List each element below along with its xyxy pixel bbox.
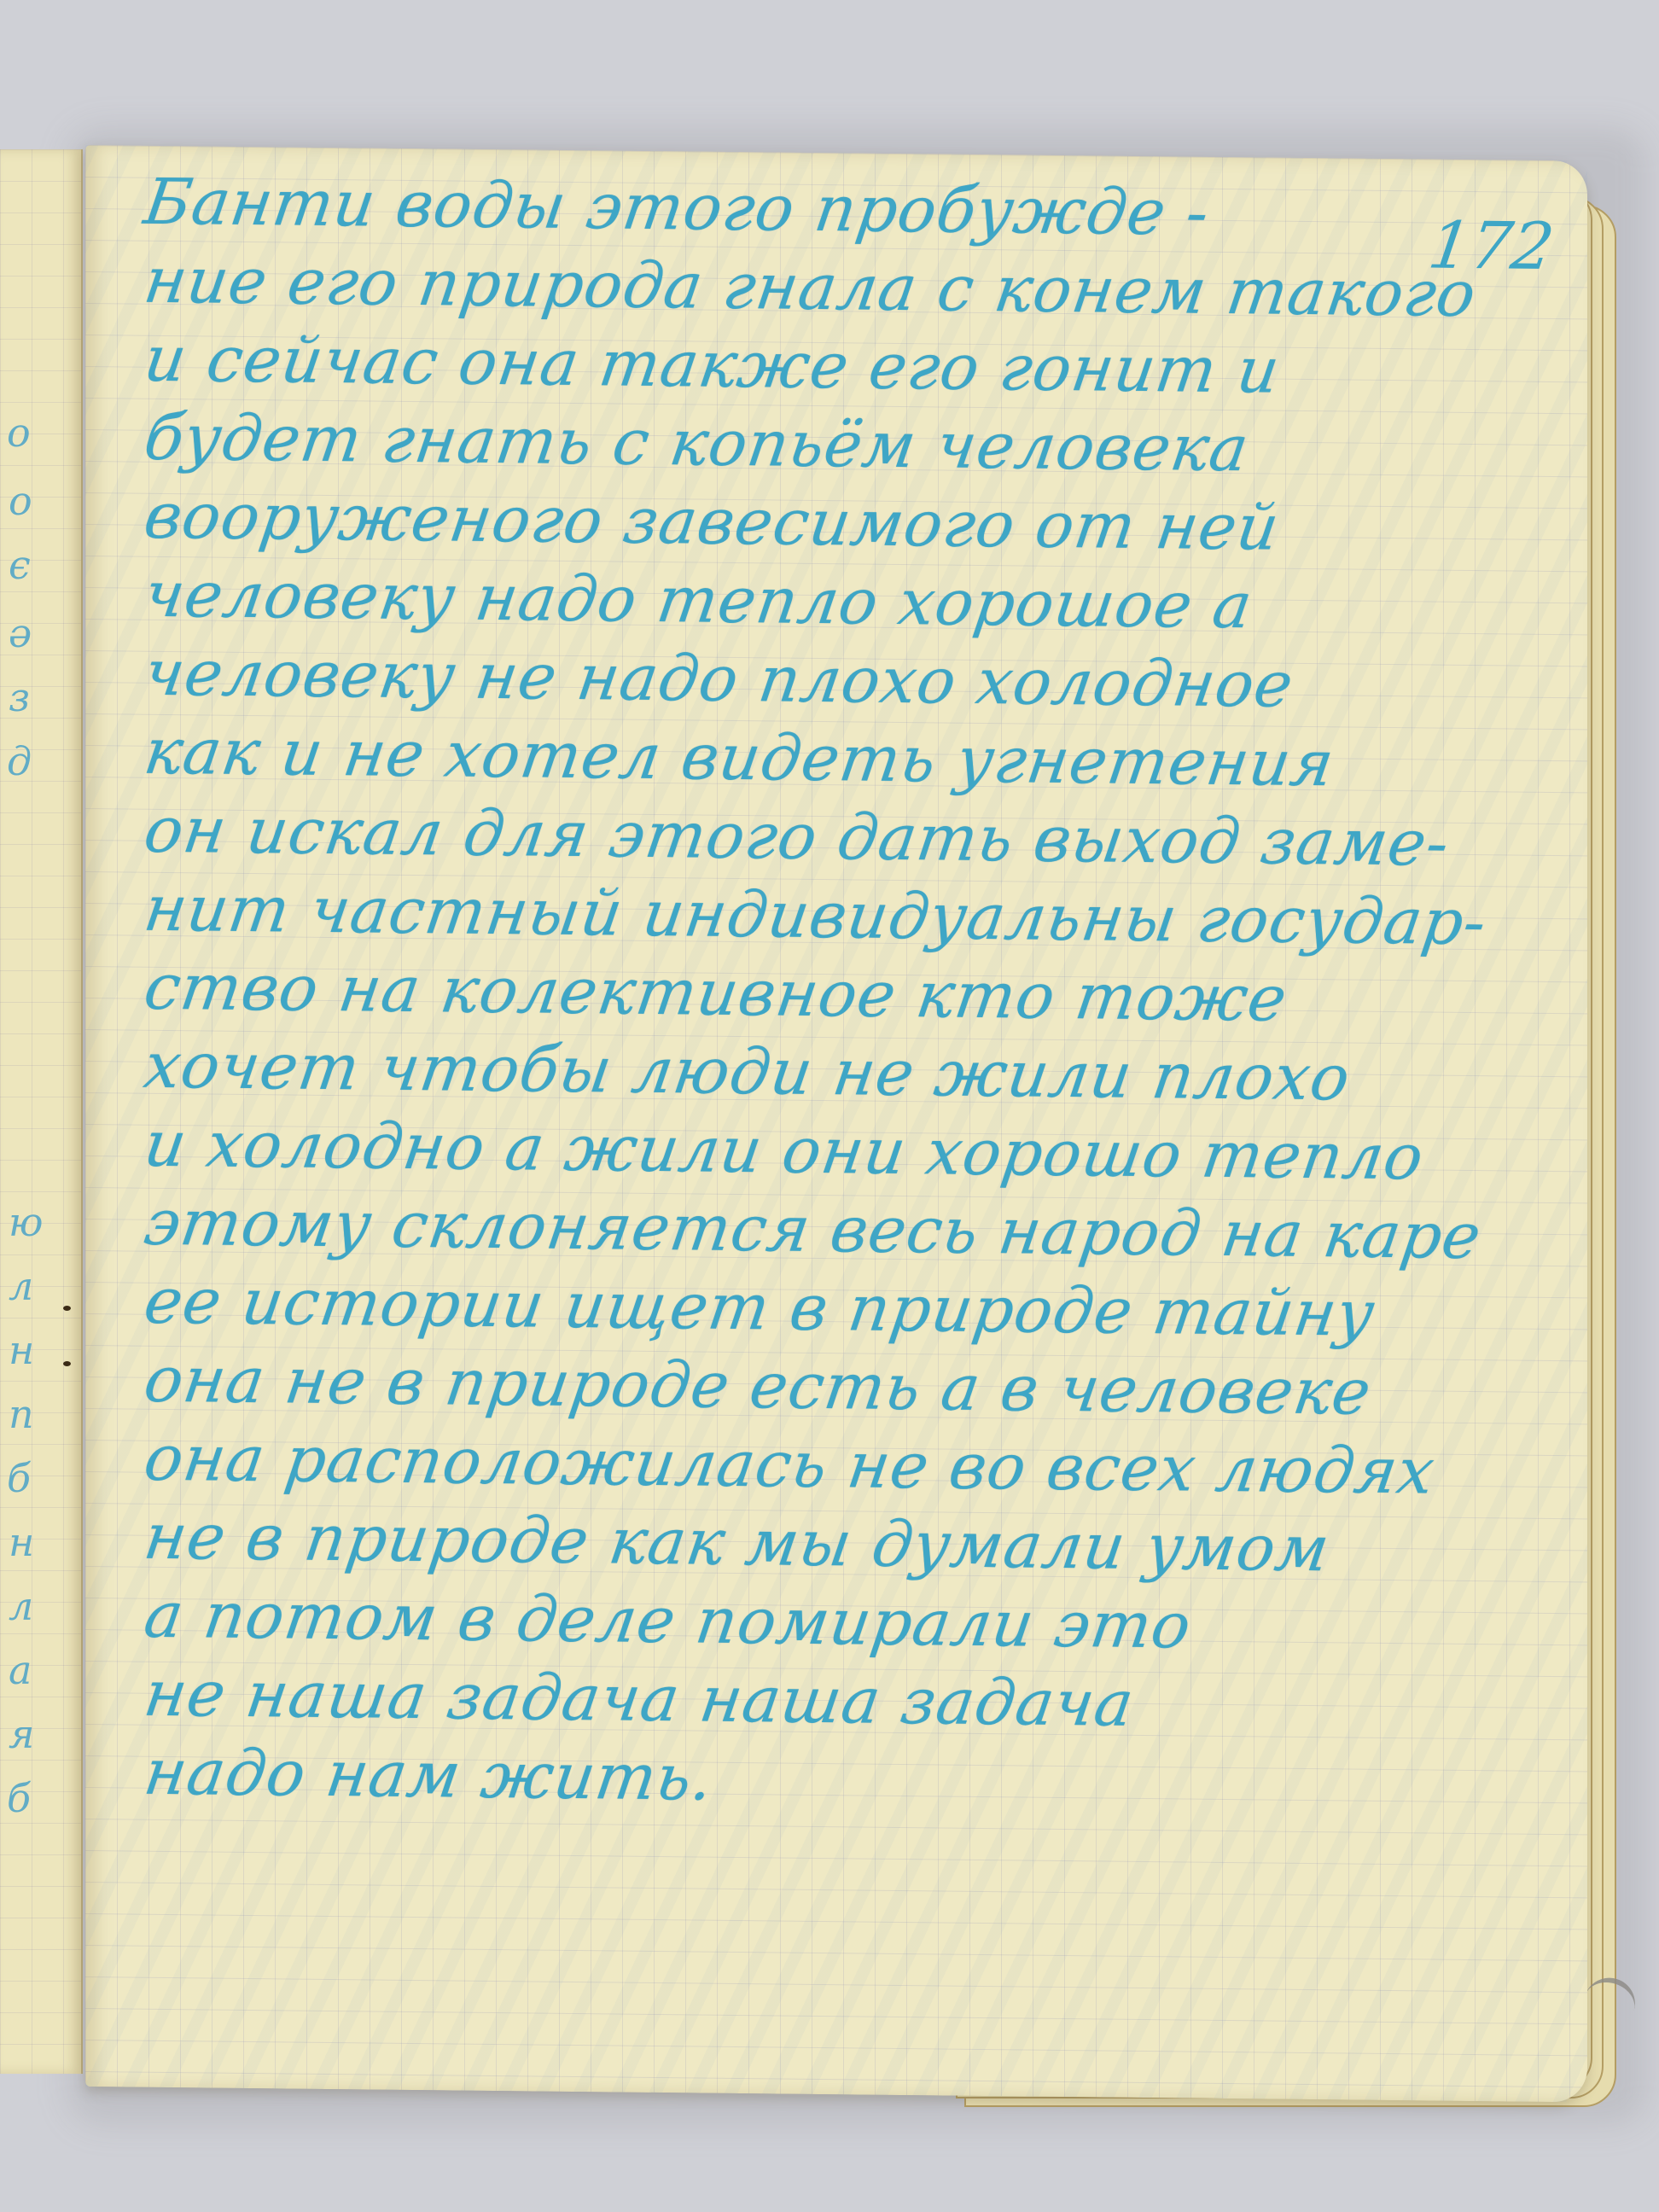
text-line: а потом в деле помирали это <box>140 1576 1551 1669</box>
left-page-letter: л <box>9 1263 33 1309</box>
text-line: она расположилась не во всех людях <box>140 1419 1551 1512</box>
notebook-page: 172 Банти воды этого пробужде - ние его … <box>85 145 1587 2102</box>
text-line: не в природе как мы думали умом <box>140 1498 1551 1591</box>
text-line: надо нам жить. <box>140 1733 1551 1826</box>
text-line: и сейчас она также его гонит и <box>140 320 1551 413</box>
handwritten-text: Банти воды этого пробужде - ние его прир… <box>145 163 1545 1826</box>
left-page-letter: а <box>9 1647 32 1693</box>
text-line: хочет чтобы люди не жили плохо <box>140 1027 1551 1120</box>
left-page-letter: п <box>9 1391 34 1437</box>
text-line: и холодно а жили они хорошо тепло <box>140 1105 1551 1198</box>
binding-staple-hole <box>63 1361 71 1366</box>
left-page-letter: я <box>9 1711 34 1757</box>
text-line: она не в природе есть а в человеке <box>140 1341 1551 1434</box>
left-page-letter: ю <box>9 1199 44 1245</box>
text-line: будет гнать с копьём человека <box>140 399 1551 492</box>
text-line: он искал для этого дать выход заме- <box>140 791 1551 884</box>
left-page-letter: б <box>7 1775 31 1821</box>
text-line: этому склоняется весь народ на каре <box>140 1184 1551 1277</box>
left-page-letter: з <box>9 674 30 720</box>
left-page-letter: о <box>7 410 31 456</box>
text-line: не наша задача наша задача <box>140 1655 1551 1748</box>
left-page-edge: о о є ə з д ю л н п б н л а я б <box>0 149 83 2074</box>
text-line: вооруженого завесимого от ней <box>140 477 1551 570</box>
binding-staple-hole <box>63 1306 71 1311</box>
left-page-letter: н <box>9 1327 34 1373</box>
text-line: ние его природа гнала с конем такого <box>140 242 1551 335</box>
left-page-letter: о <box>9 478 32 524</box>
text-line: как и не хотел видеть угнетения <box>140 713 1551 806</box>
text-line: ство на колективное кто тоже <box>140 948 1551 1041</box>
text-line: человеку не надо плохо холодное <box>140 634 1551 727</box>
left-page-letter: л <box>9 1583 33 1629</box>
left-page-letter: ə <box>9 610 32 656</box>
text-line: человеку надо тепло хорошое а <box>140 556 1551 649</box>
left-page-letter: є <box>9 542 31 588</box>
text-line: Банти воды этого пробужде - <box>140 163 1551 256</box>
left-page-letter: д <box>7 738 32 784</box>
left-page-letter: б <box>7 1455 31 1501</box>
text-line: ее истории ищет в природе тайну <box>140 1262 1551 1355</box>
left-page-letter: н <box>9 1519 34 1565</box>
text-line: нит частный индивидуальны государ- <box>140 870 1551 963</box>
